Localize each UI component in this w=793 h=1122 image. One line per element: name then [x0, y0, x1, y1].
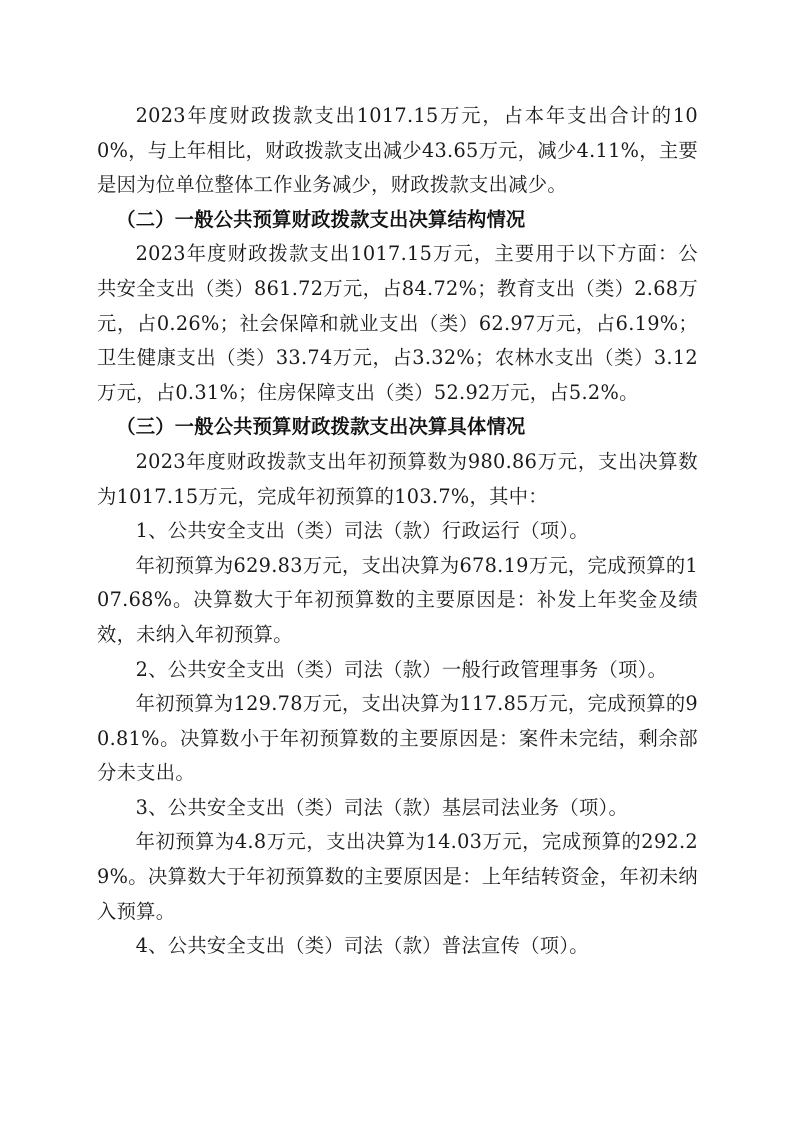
paragraph-general-administration-detail: 年初预算为129.78万元，支出决算为117.85万元，完成预算的90.81%。… [97, 687, 698, 791]
paragraph-expenditure-structure: 2023年度财政拨款支出1017.15万元，主要用于以下方面：公共安全支出（类）… [97, 237, 698, 410]
list-item-legal-publicity: 4、公共安全支出（类）司法（款）普法宣传（项）。 [97, 929, 698, 964]
paragraph-budget-summary: 2023年度财政拨款支出年初预算数为980.86万元，支出决算数为1017.15… [97, 445, 698, 514]
list-item-grassroots-judicial: 3、公共安全支出（类）司法（款）基层司法业务（项）。 [97, 791, 698, 826]
paragraph-total-expenditure: 2023年度财政拨款支出1017.15万元，占本年支出合计的100%，与上年相比… [97, 99, 698, 203]
paragraph-grassroots-judicial-detail: 年初预算为4.8万元，支出决算为14.03万元，完成预算的292.29%。决算数… [97, 825, 698, 929]
section-heading-details: （三）一般公共预算财政拨款支出决算具体情况 [97, 410, 698, 445]
section-heading-structure: （二）一般公共预算财政拨款支出决算结构情况 [97, 203, 698, 238]
paragraph-administrative-operation-detail: 年初预算为629.83万元，支出决算为678.19万元，完成预算的107.68%… [97, 549, 698, 653]
list-item-administrative-operation: 1、公共安全支出（类）司法（款）行政运行（项）。 [97, 514, 698, 549]
list-item-general-administration: 2、公共安全支出（类）司法（款）一般行政管理事务（项）。 [97, 653, 698, 688]
document-page: 2023年度财政拨款支出1017.15万元，占本年支出合计的100%，与上年相比… [97, 99, 698, 964]
